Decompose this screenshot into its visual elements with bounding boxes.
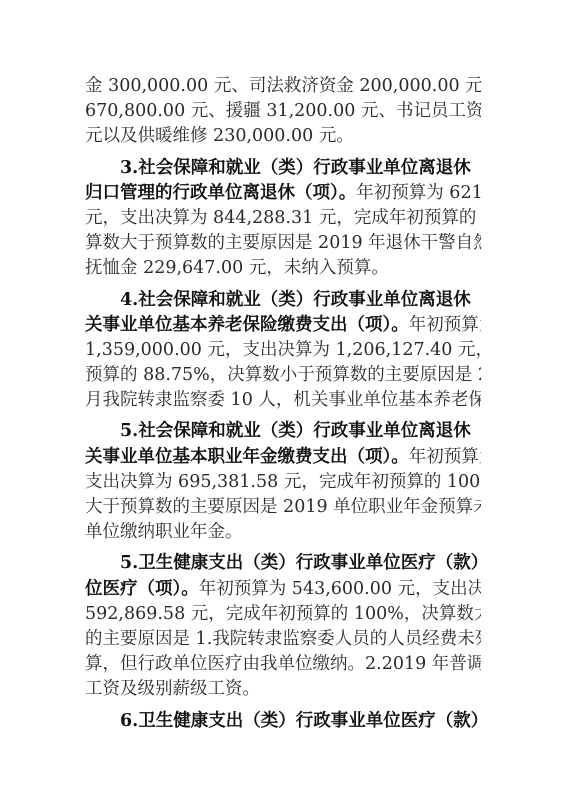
item-5a-paragraph: 5.社会保障和就业（类）行政事业单位离退休（款）机 关事业单位基本职业年金缴费支… — [85, 419, 481, 545]
text-line: 工资及级别薪级工资。 — [85, 677, 481, 702]
text-line: 元，支出决算为 844,288.31 元，完成年初预算的 100%，决 — [85, 206, 481, 231]
item-heading-cont: 关事业单位基本职业年金缴费支出（项）。 — [85, 447, 409, 467]
text-span: 年初预算为 543,600.00 元，支出决算为 — [199, 579, 481, 599]
text-line: 的主要原因是 1.我院转隶监察委人员的人员经费未列入预 — [85, 627, 481, 652]
text-line: 算，但行政单位医疗由我单位缴纳。2.2019 年普调职务岗位 — [85, 652, 481, 677]
text-span: 年初预算为 621,200.00 — [356, 183, 481, 203]
text-line: 抚恤金 229,647.00 元，未纳入预算。 — [85, 256, 481, 281]
document-page: 金 300,000.00 元、司法救济资金 200,000.00 元.车辆购置 … — [85, 74, 481, 734]
item-5b-paragraph: 5.卫生健康支出（类）行政事业单位医疗（款）行政单 位医疗（项）。年初预算为 5… — [85, 551, 481, 702]
text-line: 算数大于预算数的主要原因是 2019 年退休干警自然死亡 1 人， — [85, 231, 481, 256]
item-3-paragraph: 3.社会保障和就业（类）行政事业单位离退休（款）未 归口管理的行政单位离退休（项… — [85, 156, 481, 282]
text-span: 年初预算为 — [409, 315, 481, 335]
item-heading: 4.社会保障和就业（类）行政事业单位离退休（款）机 — [85, 288, 481, 313]
item-heading-cont: 位医疗（项）。 — [85, 579, 199, 599]
item-heading: 6.卫生健康支出（类）行政事业单位医疗（款）公务员 — [85, 709, 481, 734]
item-4-paragraph: 4.社会保障和就业（类）行政事业单位离退休（款）机 关事业单位基本养老保险缴费支… — [85, 288, 481, 414]
text-line: 元以及供暖维修 230,000.00 元。 — [85, 124, 481, 149]
item-heading: 5.社会保障和就业（类）行政事业单位离退休（款）机 — [85, 419, 481, 444]
item-6-paragraph: 6.卫生健康支出（类）行政事业单位医疗（款）公务员 — [85, 709, 481, 734]
continuation-paragraph: 金 300,000.00 元、司法救济资金 200,000.00 元.车辆购置 … — [85, 74, 481, 150]
text-line: 支出决算为 695,381.58 元，完成年初预算的 100%，决算数 — [85, 470, 481, 495]
text-line: 单位缴纳职业年金。 — [85, 520, 481, 545]
text-line: 592,869.58 元，完成年初预算的 100%，决算数大于预算数 — [85, 602, 481, 627]
text-line: 月我院转隶监察委 10 人，机关事业单位基本养老保险停止缴费。 — [85, 388, 481, 413]
item-heading-cont: 关事业单位基本养老保险缴费支出（项）。 — [85, 315, 409, 335]
item-heading-cont: 归口管理的行政单位离退休（项）。 — [85, 183, 356, 203]
text-line: 预算的 88.75%，决算数小于预算数的主要原因是 2019 年 11 — [85, 363, 481, 388]
text-line: 1,359,000.00 元，支出决算为 1,206,127.40 元，完成年初 — [85, 338, 481, 363]
item-heading: 5.卫生健康支出（类）行政事业单位医疗（款）行政单 — [85, 551, 481, 576]
text-line: 金 300,000.00 元、司法救济资金 200,000.00 元.车辆购置 — [85, 74, 481, 99]
text-line: 670,800.00 元、援疆 31,200.00 元、书记员工资 416,44… — [85, 99, 481, 124]
item-heading: 3.社会保障和就业（类）行政事业单位离退休（款）未 — [85, 156, 481, 181]
text-span: 年初预算为 0 元， — [409, 447, 481, 467]
text-line: 大于预算数的主要原因是 2019 单位职业年金预算未拨付,实际 — [85, 495, 481, 520]
